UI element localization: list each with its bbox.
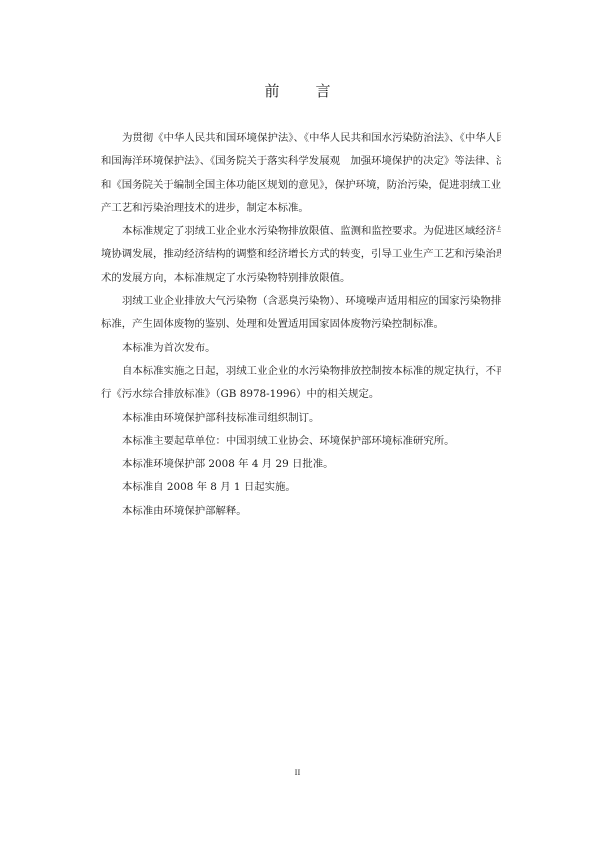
paragraph-4: 本标准为首次发布。 — [101, 337, 501, 360]
document-page: 前言 为贯彻《中华人民共和国环境保护法》、《中华人民共和国水污染防治法》、《中华… — [0, 0, 595, 842]
paragraph-10: 本标准由环境保护部解释。 — [101, 500, 501, 523]
text-line: 本标准由环境保护部解释。 — [101, 500, 501, 523]
text-line: 和《国务院关于编制全国主体功能区规划的意见》，保护环境，防治污染，促进羽绒工业生 — [101, 174, 501, 197]
page-title: 前言 — [0, 80, 595, 101]
page-number: II — [0, 767, 595, 777]
text-line: 行《污水综合排放标准》（GB 8978-1996）中的相关规定。 — [101, 383, 501, 406]
text-line: 本标准由环境保护部科技标准司组织制订。 — [101, 407, 501, 430]
text-line: 境协调发展，推动经济结构的调整和经济增长方式的转变，引导工业生产工艺和污染治理技 — [101, 243, 501, 266]
text-line: 术的发展方向，本标准规定了水污染物特别排放限值。 — [101, 267, 501, 290]
paragraph-7: 本标准主要起草单位：中国羽绒工业协会、环境保护部环境标准研究所。 — [101, 430, 501, 453]
foreword-body: 为贯彻《中华人民共和国环境保护法》、《中华人民共和国水污染防治法》、《中华人民共… — [101, 127, 501, 523]
text-line: 产工艺和污染治理技术的进步，制定本标准。 — [101, 197, 501, 220]
text-line: 为贯彻《中华人民共和国环境保护法》、《中华人民共和国水污染防治法》、《中华人民共 — [101, 127, 501, 150]
text-line: 羽绒工业企业排放大气污染物（含恶臭污染物）、环境噪声适用相应的国家污染物排放 — [101, 290, 501, 313]
text-line: 本标准规定了羽绒工业企业水污染物排放限值、监测和监控要求。为促进区域经济与环 — [101, 220, 501, 243]
text-line: 本标准主要起草单位：中国羽绒工业协会、环境保护部环境标准研究所。 — [101, 430, 501, 453]
title-char-1: 前 — [264, 80, 279, 101]
paragraph-3: 羽绒工业企业排放大气污染物（含恶臭污染物）、环境噪声适用相应的国家污染物排放 标… — [101, 290, 501, 337]
text-line: 标准，产生固体废物的鉴别、处理和处置适用国家固体废物污染控制标准。 — [101, 313, 501, 336]
paragraph-1: 为贯彻《中华人民共和国环境保护法》、《中华人民共和国水污染防治法》、《中华人民共… — [101, 127, 501, 220]
paragraph-6: 本标准由环境保护部科技标准司组织制订。 — [101, 407, 501, 430]
paragraph-9: 本标准自 2008 年 8 月 1 日起实施。 — [101, 476, 501, 499]
title-char-2: 言 — [316, 80, 331, 101]
paragraph-2: 本标准规定了羽绒工业企业水污染物排放限值、监测和监控要求。为促进区域经济与环 境… — [101, 220, 501, 290]
text-line: 本标准环境保护部 2008 年 4 月 29 日批准。 — [101, 453, 501, 476]
text-line: 自本标准实施之日起，羽绒工业企业的水污染物排放控制按本标准的规定执行，不再执 — [101, 360, 501, 383]
text-line: 本标准自 2008 年 8 月 1 日起实施。 — [101, 476, 501, 499]
text-line: 本标准为首次发布。 — [101, 337, 501, 360]
paragraph-5: 自本标准实施之日起，羽绒工业企业的水污染物排放控制按本标准的规定执行，不再执 行… — [101, 360, 501, 407]
text-line: 和国海洋环境保护法》、《国务院关于落实科学发展观 加强环境保护的决定》等法律、法… — [101, 150, 501, 173]
paragraph-8: 本标准环境保护部 2008 年 4 月 29 日批准。 — [101, 453, 501, 476]
